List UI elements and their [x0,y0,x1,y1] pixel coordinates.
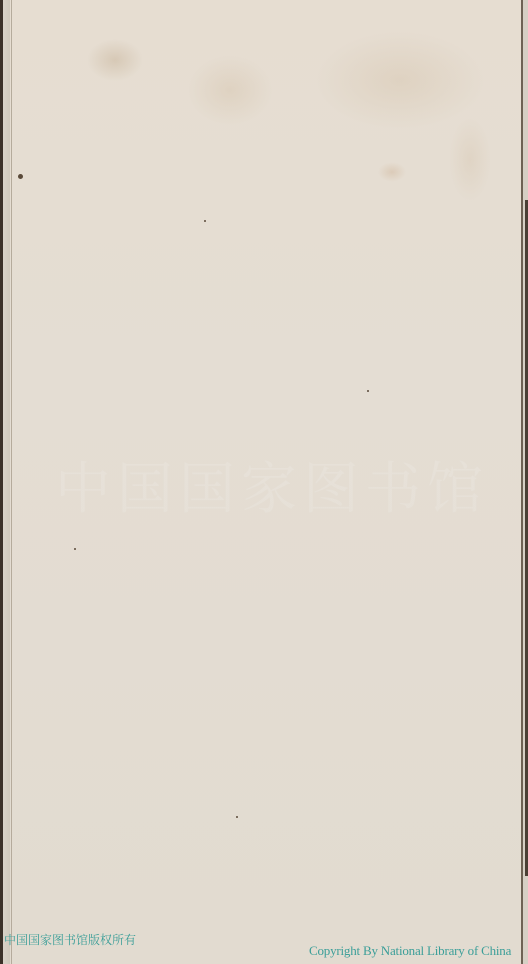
scanned-page: 中国国家图书馆 中国国家图书馆版权所有 Copyright By Nationa… [0,0,528,964]
page-left-fold-line [11,0,12,964]
copyright-watermark-chinese: 中国国家图书馆版权所有 [4,931,136,948]
ink-spot [204,220,206,222]
center-watermark: 中国国家图书馆 [55,455,485,525]
ink-spot [236,816,238,818]
ink-spot [74,548,76,550]
copyright-watermark-english: Copyright By National Library of China [309,943,511,959]
ink-spot [367,390,369,392]
ink-spot [18,174,23,179]
page-left-margin-band [3,0,10,964]
